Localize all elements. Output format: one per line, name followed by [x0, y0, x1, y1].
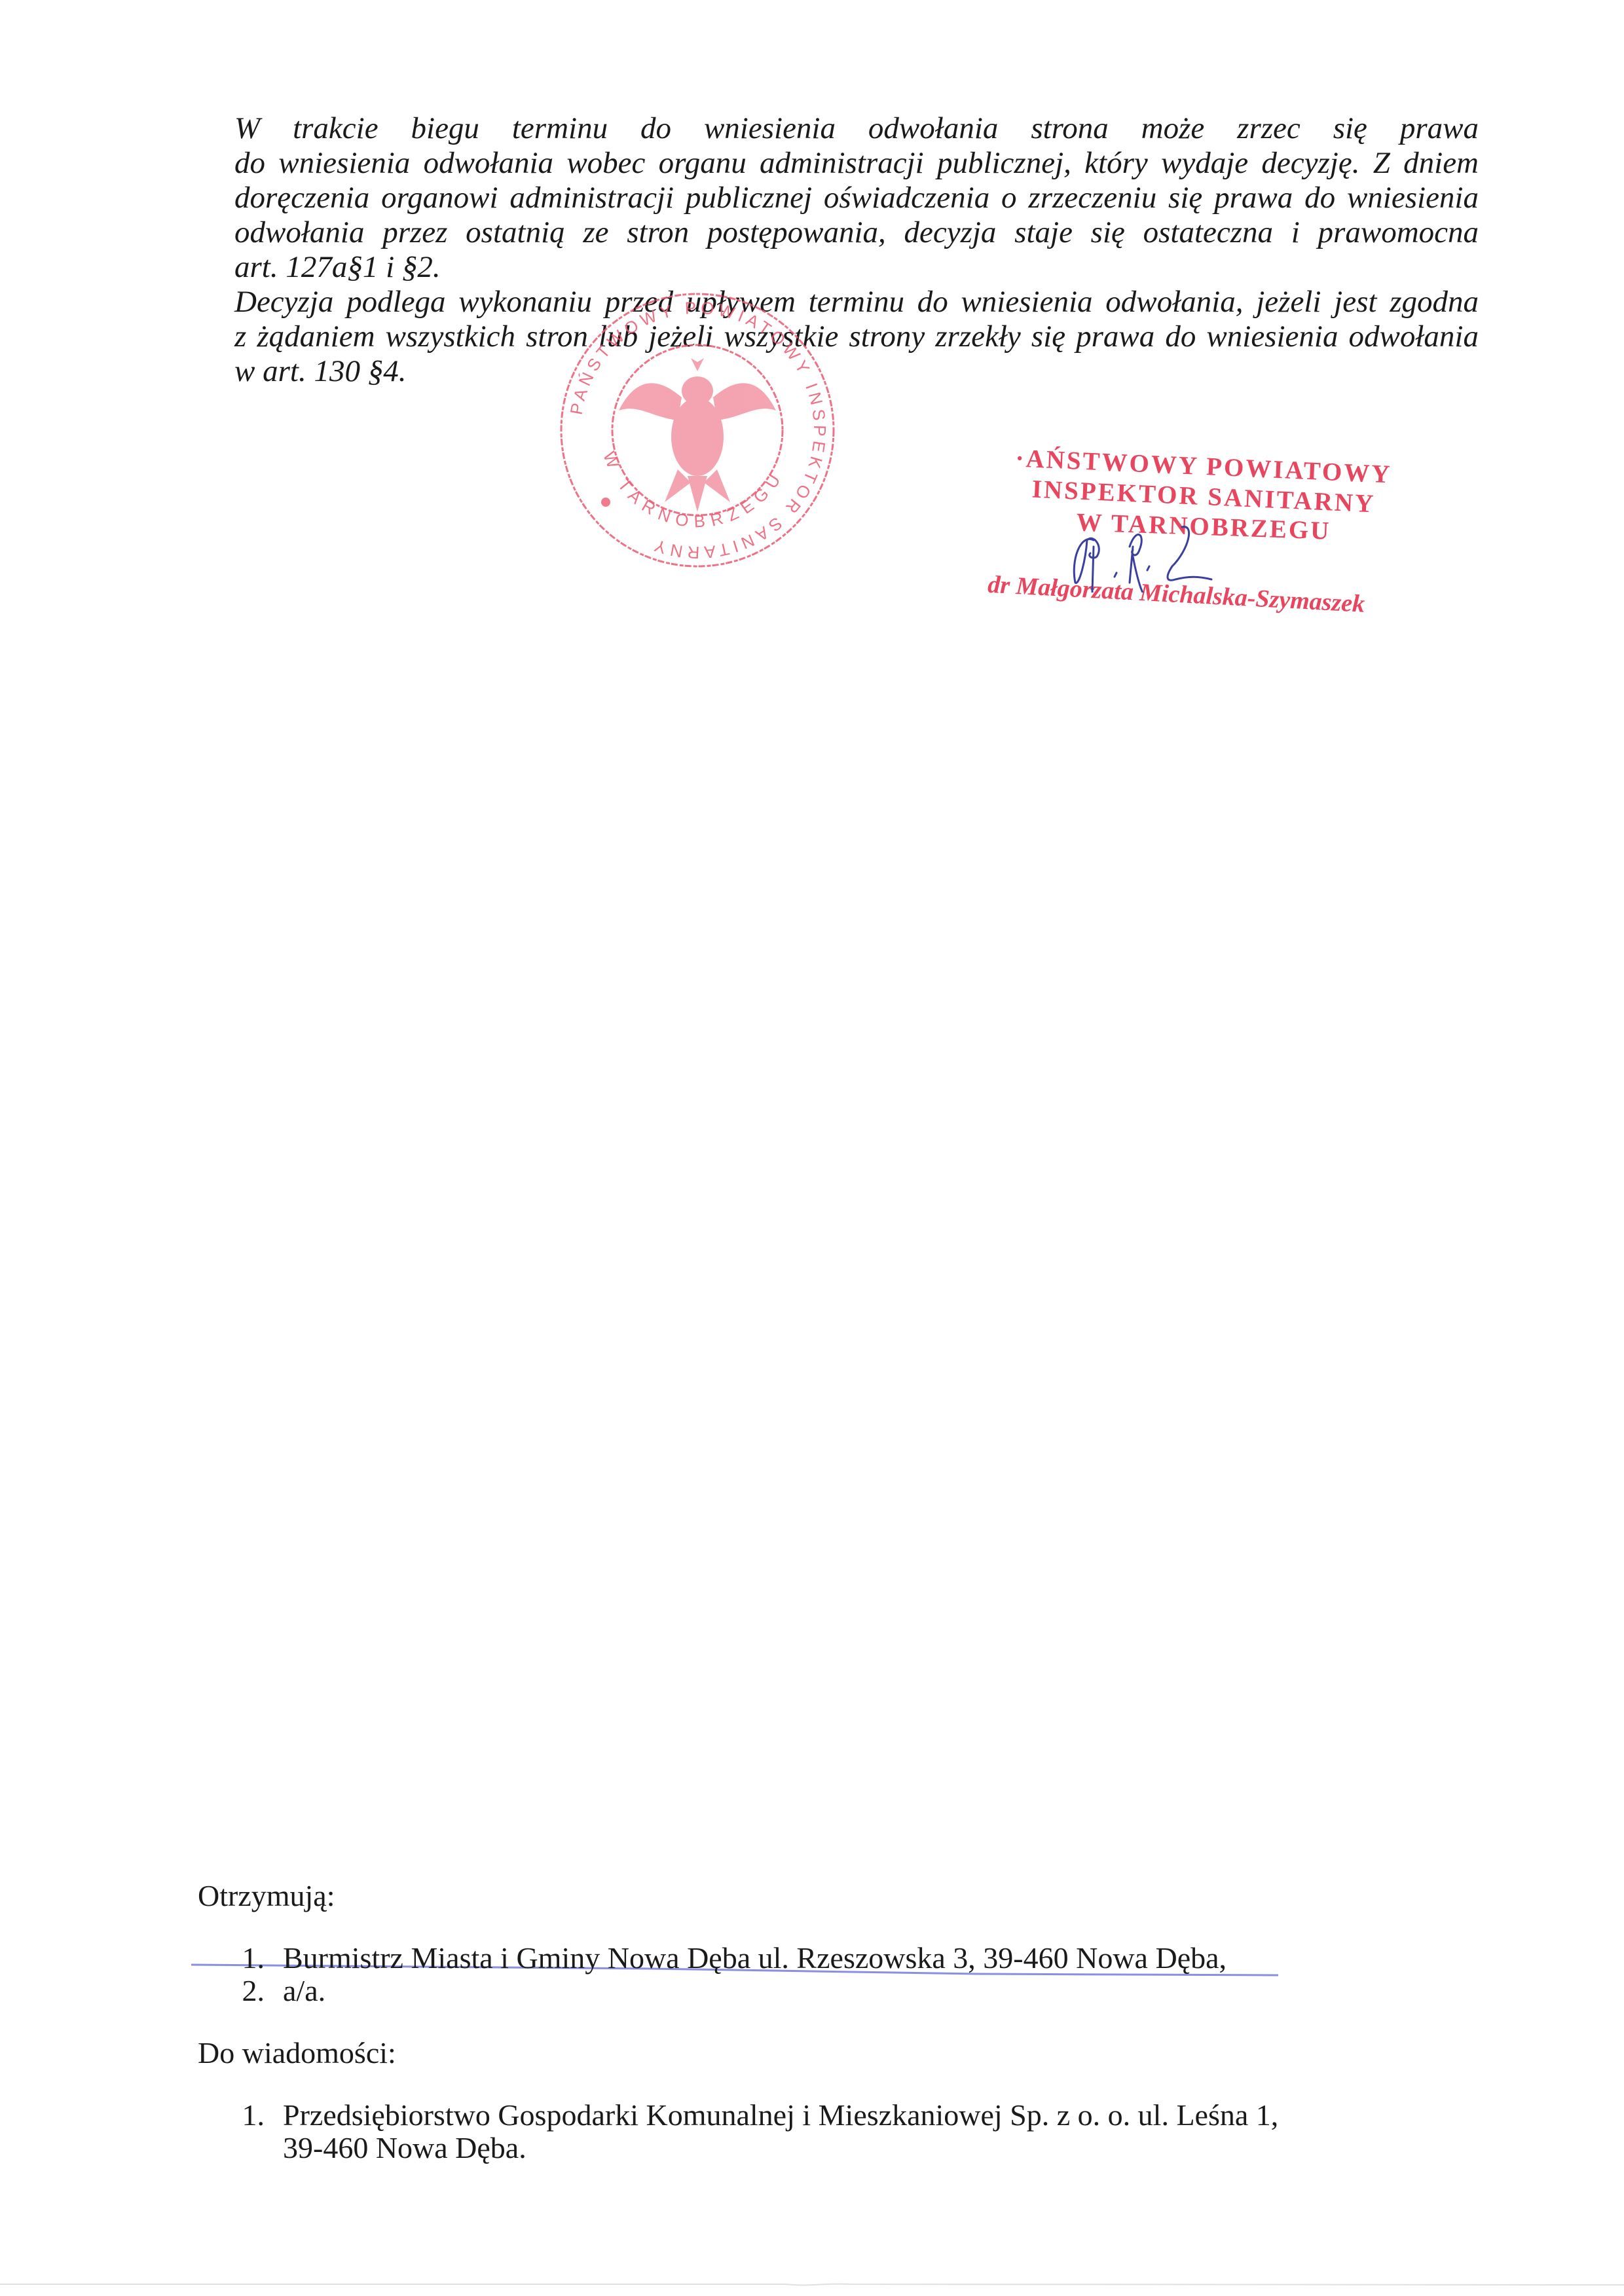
text-line: z żądaniem wszystkich stron lub jeżeli w… — [234, 319, 1479, 354]
recipient-line: Przedsiębiorstwo Gospodarki Komunalnej i… — [283, 2098, 1278, 2132]
list-item: 1. Przedsiębiorstwo Gospodarki Komunalne… — [206, 2099, 1442, 2164]
recipients-heading: Otrzymują: — [198, 1879, 1442, 1913]
seal-eagle-icon: PAŃSTWOWY POWIATOWY INSPEKTOR SANITARNY … — [553, 286, 841, 574]
text-line: Decyzja podlega wykonaniu przed upływem … — [234, 285, 1479, 319]
round-official-seal: PAŃSTWOWY POWIATOWY INSPEKTOR SANITARNY … — [553, 286, 841, 574]
text-line: doręczenia organowi administracji public… — [234, 181, 1479, 215]
text-line: w art. 130 §4. — [234, 354, 1479, 389]
recipient-line: 39-460 Nowa Dęba. — [283, 2131, 526, 2164]
text-line: do wniesienia odwołania wobec organu adm… — [234, 146, 1479, 181]
handwritten-signature-icon — [1067, 520, 1218, 592]
paragraph-execution: Decyzja podlega wykonaniu przed upływem … — [234, 285, 1479, 389]
list-number: 1. — [206, 1942, 283, 1975]
text-line: odwołania przez ostatnią ze stron postęp… — [234, 215, 1479, 250]
document-page: W trakcie biegu terminu do wniesienia od… — [0, 0, 1624, 2296]
distribution-section: Otrzymują: 1. Burmistrz Miasta i Gminy N… — [198, 1879, 1442, 2164]
decision-body-text: W trakcie biegu terminu do wniesienia od… — [234, 111, 1479, 389]
recipient-text: Burmistrz Miasta i Gminy Nowa Dęba ul. R… — [283, 1942, 1442, 1975]
for-information-heading: Do wiadomości: — [198, 2036, 1442, 2070]
list-item: 1. Burmistrz Miasta i Gminy Nowa Dęba ul… — [206, 1942, 1442, 1975]
recipient-text: a/a. — [283, 1975, 1442, 2007]
recipients-list: 1. Burmistrz Miasta i Gminy Nowa Dęba ul… — [206, 1942, 1442, 2007]
scan-edge-line — [0, 2282, 1624, 2287]
list-item: 2. a/a. — [206, 1975, 1442, 2007]
text-line: art. 127a§1 i §2. — [234, 250, 1479, 285]
recipient-text: Przedsiębiorstwo Gospodarki Komunalnej i… — [283, 2099, 1442, 2164]
paragraph-waiver: W trakcie biegu terminu do wniesienia od… — [234, 111, 1479, 285]
list-number: 1. — [206, 2099, 283, 2164]
text-line: W trakcie biegu terminu do wniesienia od… — [234, 111, 1479, 146]
for-information-list: 1. Przedsiębiorstwo Gospodarki Komunalne… — [206, 2099, 1442, 2164]
list-number: 2. — [206, 1975, 283, 2007]
